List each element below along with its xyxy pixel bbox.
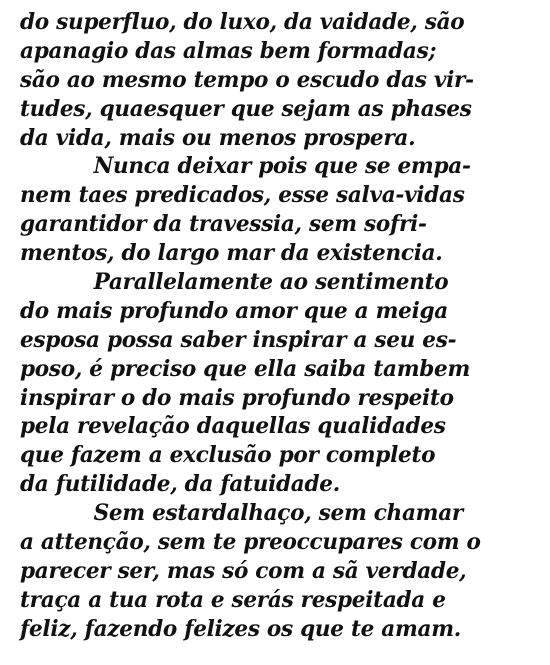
paragraph-start-line: Sem estardalhaço, sem chamar — [20, 499, 525, 528]
paragraph-start-line: Parallelamente ao sentimento — [20, 268, 525, 297]
text-line: apanagio das almas bem formadas; — [20, 37, 525, 66]
manuscript-page: do superfluo, do luxo, da vaidade, são a… — [0, 0, 550, 665]
text-line: pela revelação daquellas qualidades — [20, 412, 525, 441]
text-line: inspirar o do mais profundo respeito — [20, 384, 525, 413]
text-line: tudes, quaesquer que sejam as phases — [20, 95, 525, 124]
text-line: poso, é preciso que ella saiba tambem — [20, 355, 525, 384]
text-line: traça a tua rota e serás respeitada e — [20, 586, 525, 615]
text-line: feliz, fazendo felizes os que te amam. — [20, 615, 525, 644]
text-line: da vida, mais ou menos prospera. — [20, 124, 525, 153]
text-line: garantidor da travessia, sem sofri- — [20, 210, 525, 239]
text-line: nem taes predicados, esse salva-vidas — [20, 181, 525, 210]
text-line: esposa possa saber inspirar a seu es- — [20, 326, 525, 355]
text-line: da futilidade, da fatuidade. — [20, 470, 525, 499]
text-line: a attenção, sem te preoccupares com o — [20, 528, 525, 557]
text-line: são ao mesmo tempo o escudo das vir- — [20, 66, 525, 95]
text-line: do mais profundo amor que a meiga — [20, 297, 525, 326]
text-line: do superfluo, do luxo, da vaidade, são — [20, 8, 525, 37]
paragraph-start-line: Nunca deixar pois que se empa- — [20, 152, 525, 181]
text-line: parecer ser, mas só com a sã verdade, — [20, 557, 525, 586]
handwritten-text-block: do superfluo, do luxo, da vaidade, são a… — [20, 8, 535, 644]
text-line: que fazem a exclusão por completo — [20, 441, 525, 470]
text-line: mentos, do largo mar da existencia. — [20, 239, 525, 268]
